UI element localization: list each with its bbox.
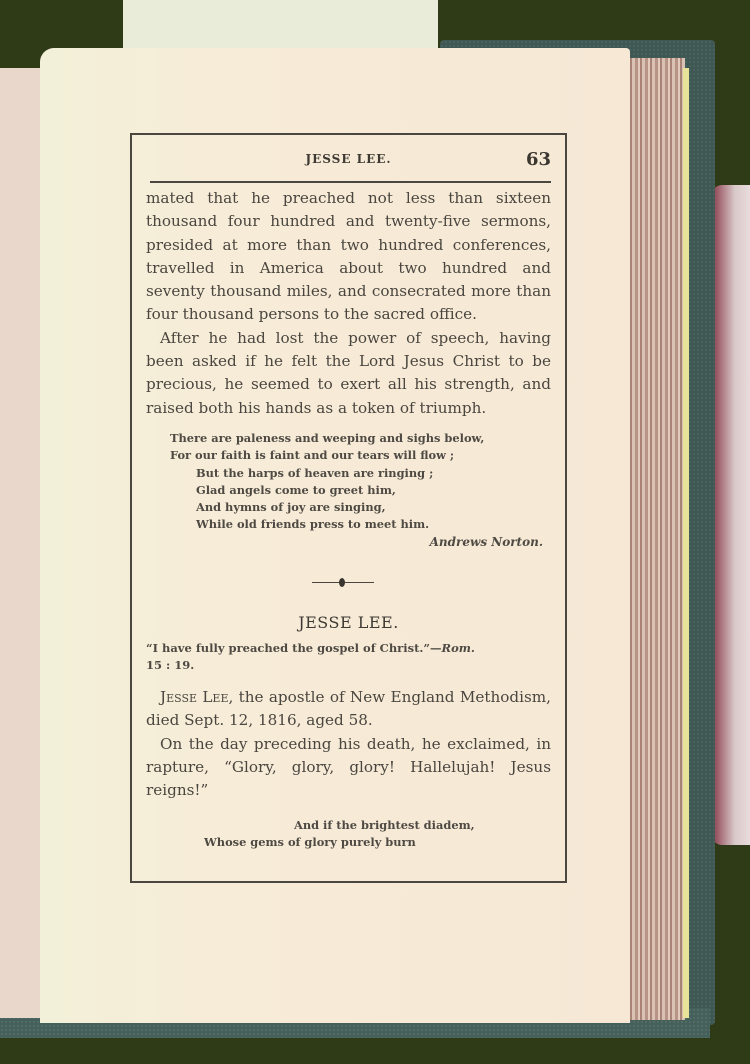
epigraph: “I have fully preached the gospel of Chr…: [146, 640, 551, 674]
background-object: [712, 185, 750, 845]
gilt-edge: [683, 68, 689, 1018]
verse-line: And if the brightest diadem,: [146, 817, 551, 834]
running-head-title: JESSE LEE.: [132, 152, 565, 166]
section-title: JESSE LEE.: [146, 613, 551, 632]
poem-line: While old friends press to meet him.: [170, 516, 551, 533]
poem: There are paleness and weeping and sighs…: [170, 430, 551, 551]
epigraph-reference-verse: 15 : 19.: [146, 658, 194, 672]
paragraph: After he had lost the power of speech, h…: [146, 327, 551, 420]
poem-line: And hymns of joy are singing,: [170, 499, 551, 516]
page-number: 63: [526, 149, 551, 170]
running-head: JESSE LEE. 63: [132, 149, 565, 175]
epigraph-quote: “I have fully preached the gospel of Chr…: [146, 641, 442, 655]
page-body: mated that he preached not less than six…: [146, 187, 551, 851]
paragraph: On the day preceding his death, he excla…: [146, 733, 551, 803]
verse-line: Whose gems of glory purely burn: [146, 834, 551, 851]
text-frame: JESSE LEE. 63 mated that he preached not…: [130, 133, 567, 883]
epigraph-reference: Rom.: [442, 641, 475, 655]
poem-author: Andrews Norton.: [170, 534, 543, 551]
poem-line: Glad angels come to greet him,: [170, 482, 551, 499]
paragraph: mated that he preached not less than six…: [146, 187, 551, 327]
poem-line: For our faith is faint and our tears wil…: [170, 447, 551, 464]
header-rule: [150, 181, 551, 183]
poem-line: But the harps of heaven are ringing ;: [170, 465, 551, 482]
paragraph: Jesse Lee, the apostle of New England Me…: [146, 686, 551, 733]
closing-verse: And if the brightest diadem, Whose gems …: [146, 817, 551, 852]
ornament-dot: [339, 578, 345, 587]
poem-line: There are paleness and weeping and sighs…: [170, 430, 551, 447]
section-ornament: [146, 573, 551, 593]
name-lead: Jesse Lee: [160, 688, 229, 706]
page-edges: [625, 58, 685, 1020]
